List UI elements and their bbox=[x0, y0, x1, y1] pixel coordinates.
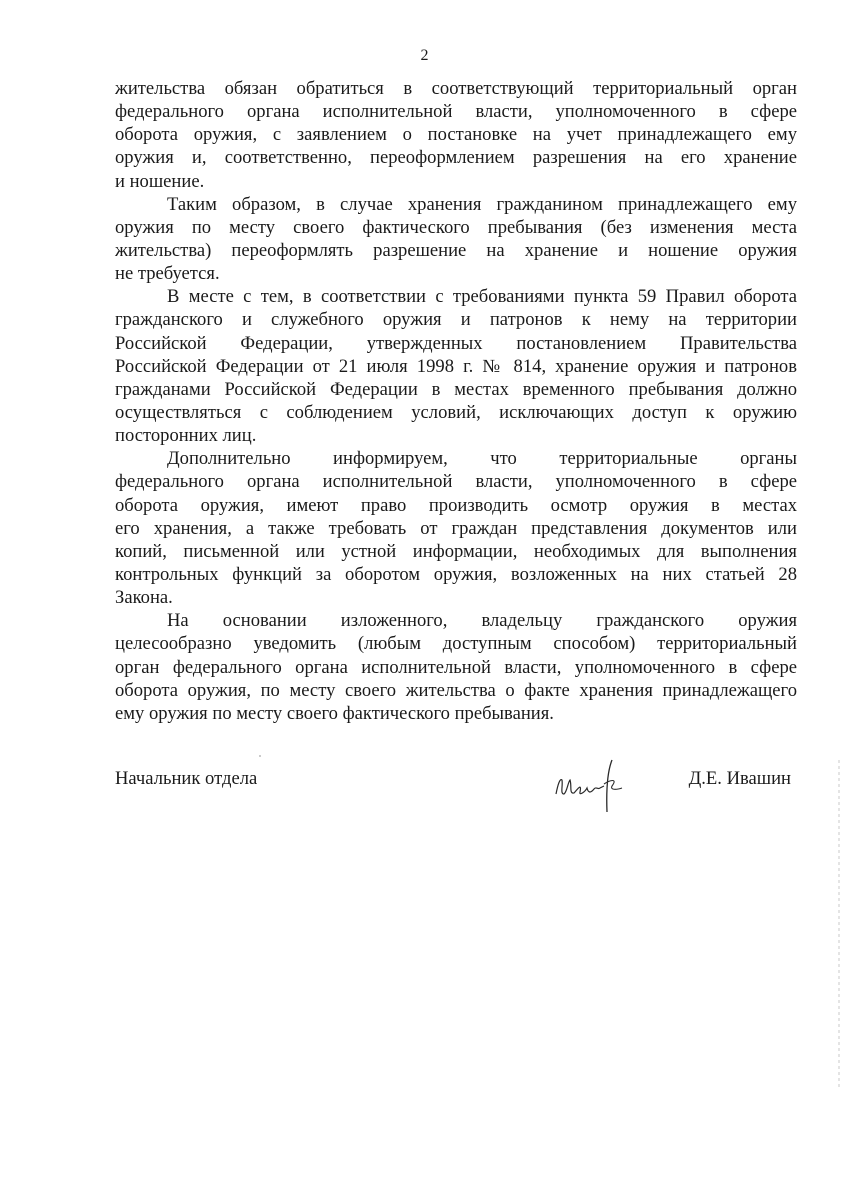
text-line: копий, письменной или устной информации,… bbox=[115, 540, 797, 563]
text-line: оружия и, соответственно, переоформление… bbox=[115, 146, 797, 169]
text-line: Дополнительно информируем, что территори… bbox=[115, 447, 797, 470]
text-line: гражданского и служебного оружия и патро… bbox=[115, 308, 797, 331]
text-line: На основании изложенного, владельцу граж… bbox=[115, 609, 797, 632]
text-line: орган федерального органа исполнительной… bbox=[115, 656, 797, 679]
text-line: гражданами Российской Федерации в местах… bbox=[115, 378, 797, 401]
text-line: федерального органа исполнительной власт… bbox=[115, 100, 797, 123]
text-line: не требуется. bbox=[115, 262, 797, 285]
text-line: целесообразно уведомить (любым доступным… bbox=[115, 632, 797, 655]
paragraph-3: В месте с тем, в соответствии с требован… bbox=[115, 285, 797, 447]
signatory-title: Начальник отдела bbox=[115, 768, 257, 790]
text-line: оборота оружия, с заявлением о постановк… bbox=[115, 123, 797, 146]
text-line: оборота оружия, имеют право производить … bbox=[115, 494, 797, 517]
text-line: ему оружия по месту своего фактического … bbox=[115, 702, 797, 725]
text-line: жительства) переоформлять разрешение на … bbox=[115, 239, 797, 262]
text-line: его хранения, а также требовать от гражд… bbox=[115, 517, 797, 540]
text-line: Закона. bbox=[115, 586, 797, 609]
paragraph-4: Дополнительно информируем, что территори… bbox=[115, 447, 797, 609]
paragraph-5: На основании изложенного, владельцу граж… bbox=[115, 609, 797, 725]
text-line: посторонних лиц. bbox=[115, 424, 797, 447]
text-line: и ношение. bbox=[115, 170, 797, 193]
text-line: жительства обязан обратиться в соответст… bbox=[115, 77, 797, 100]
paragraph-2: Таким образом, в случае хранения граждан… bbox=[115, 193, 797, 286]
letter-body: жительства обязан обратиться в соответст… bbox=[115, 77, 797, 725]
text-line: оборота оружия, по месту своего жительст… bbox=[115, 679, 797, 702]
text-line: федерального органа исполнительной власт… bbox=[115, 470, 797, 493]
text-line: В месте с тем, в соответствии с требован… bbox=[115, 285, 797, 308]
signature-block: Начальник отдела Д.Е. Ивашин bbox=[115, 764, 797, 814]
scan-artifact bbox=[838, 760, 840, 1090]
text-line: контрольных функций за оборотом оружия, … bbox=[115, 563, 797, 586]
paragraph-1: жительства обязан обратиться в соответст… bbox=[115, 77, 797, 193]
text-line: Российской Федерации, утвержденных поста… bbox=[115, 332, 797, 355]
handwritten-signature-icon bbox=[552, 756, 632, 816]
text-line: Российской Федерации от 21 июля 1998 г. … bbox=[115, 355, 797, 378]
text-line: Таким образом, в случае хранения граждан… bbox=[115, 193, 797, 216]
text-line: оружия по месту своего фактического преб… bbox=[115, 216, 797, 239]
text-line: осуществляться с соблюдением условий, ис… bbox=[115, 401, 797, 424]
scan-speck bbox=[259, 755, 261, 757]
signatory-name: Д.Е. Ивашин bbox=[689, 768, 791, 790]
page-number: 2 bbox=[0, 47, 849, 65]
